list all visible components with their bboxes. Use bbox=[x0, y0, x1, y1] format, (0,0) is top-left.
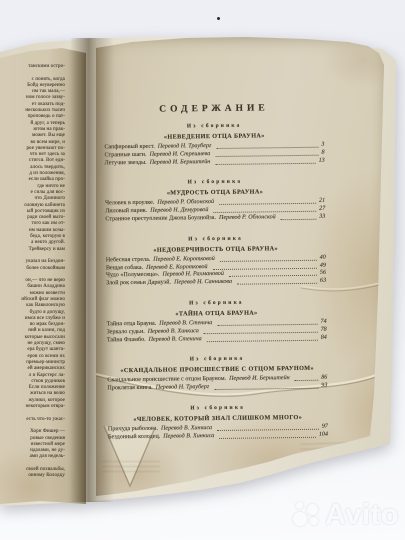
page-number: 104 bbox=[319, 431, 328, 439]
faint-colophon-print bbox=[102, 461, 160, 474]
page-number: 40 bbox=[320, 254, 326, 262]
section-entries: Сапфировый крест. Перевод Н. Трауберг 3 … bbox=[104, 142, 324, 168]
toc-section: Из сборника «ТАЙНА ОТЦА БРАУНА» Тайна от… bbox=[106, 299, 327, 345]
contents-sections: Из сборника «НЕВЕДЕНИЕ ОТЦА БРАУНА» Сапф… bbox=[104, 122, 328, 442]
story-title: Летучие звезды. bbox=[105, 159, 147, 167]
dot-leader bbox=[214, 388, 318, 390]
page-number: 84 bbox=[321, 334, 327, 342]
section-title: «СКАНДАЛЬНОЕ ПРОИСШЕСТВИЕ С ОТЦОМ БРАУНО… bbox=[107, 365, 327, 375]
dust-speck bbox=[217, 17, 220, 20]
dot-leader bbox=[216, 147, 318, 149]
dot-leader bbox=[213, 211, 316, 213]
table-of-contents: СОДЕРЖАНИЕ Из сборника «НЕВЕДЕНИЕ ОТЦА Б… bbox=[104, 103, 328, 442]
dot-leader bbox=[213, 267, 317, 269]
dot-leader bbox=[220, 260, 317, 262]
story-title: Бездонный колодец. bbox=[108, 433, 160, 441]
section-prefix: Из сборника bbox=[106, 299, 326, 308]
section-title: «ЧЕЛОВЕК, КОТОРЫЙ ЗНАЛ СЛИШКОМ МНОГО» bbox=[108, 414, 328, 424]
contents-page: СОДЕРЖАНИЕ Из сборника «НЕВЕДЕНИЕ ОТЦА Б… bbox=[96, 34, 384, 500]
story-title: Злой рок семьи Дарнуэй. bbox=[106, 280, 171, 289]
dot-leader bbox=[215, 162, 315, 164]
page-number: 33 bbox=[319, 214, 325, 222]
section-entries: Человек в проулке. Перевод Р. Облонской … bbox=[105, 198, 325, 224]
section-entries: Причуда рыболова. Перевод В. Хинкиса 97 … bbox=[108, 424, 328, 442]
toc-section: Из сборника «ЧЕЛОВЕК, КОТОРЫЙ ЗНАЛ СЛИШК… bbox=[108, 404, 328, 442]
toc-section: Из сборника «СКАНДАЛЬНОЕ ПРОИСШЕСТВИЕ С … bbox=[107, 355, 327, 393]
dot-leader bbox=[207, 339, 318, 341]
left-page-line: онному Колодцу bbox=[0, 473, 65, 479]
toc-section: Из сборника «НЕВЕДЕНИЕ ОТЦА БРАУНА» Сапф… bbox=[104, 122, 325, 168]
page-number: 63 bbox=[320, 278, 326, 286]
section-title: «МУДРОСТЬ ОТЦА БРАУНА» bbox=[105, 188, 325, 198]
section-prefix: Из сборника bbox=[106, 234, 326, 243]
page-number: 74 bbox=[320, 319, 326, 327]
translator: Перевод В. Стенича bbox=[149, 336, 202, 344]
page-number: 27 bbox=[319, 206, 325, 214]
toc-entry: Проклятая книга. Перевод Н. Трауберг 93 bbox=[107, 383, 327, 393]
page-number: 93 bbox=[321, 383, 327, 391]
toc-entry: Бездонный колодец. Перевод В. Хинкиса 10… bbox=[108, 431, 328, 441]
dot-leader bbox=[219, 437, 316, 439]
toc-entry: Тайна Фламбо. Перевод В. Стенича 84 bbox=[107, 334, 327, 344]
section-title: «ТАЙНА ОТЦА БРАУНА» bbox=[106, 309, 326, 319]
section-prefix: Из сборника bbox=[105, 178, 325, 187]
section-title: «НЕДОВЕРЧИВОСТЬ ОТЦА БРАУНА» bbox=[106, 244, 326, 254]
translator: Перевод Н. Трауберг bbox=[156, 384, 210, 392]
contents-heading: СОДЕРЖАНИЕ bbox=[104, 103, 324, 116]
section-entries: Небесная стрела. Перевод Е. Коротковой 4… bbox=[106, 254, 326, 288]
story-title: Странное преступление Джона Боулнойза. bbox=[105, 215, 216, 224]
toc-entry: Летучие звезды. Перевод И. Бернштейн 13 bbox=[105, 157, 325, 167]
open-book: танскими остро- с понять, когдаБойд неув… bbox=[0, 34, 398, 506]
page-number: 13 bbox=[319, 157, 325, 165]
section-prefix: Из сборника bbox=[107, 355, 327, 364]
avito-watermark: Avito bbox=[293, 499, 399, 532]
page-number: 78 bbox=[321, 326, 327, 334]
section-prefix: Из сборника bbox=[104, 122, 324, 131]
section-title: «НЕВЕДЕНИЕ ОТЦА БРАУНА» bbox=[104, 132, 324, 142]
dot-leader bbox=[281, 219, 317, 220]
dot-leader bbox=[295, 380, 319, 381]
story-title: Тайна Фламбо. bbox=[107, 336, 146, 344]
section-entries: Скандальное происшествие с отцом Брауном… bbox=[107, 375, 327, 393]
section-prefix: Из сборника bbox=[108, 404, 328, 413]
section-entries: Тайна отца Брауна. Перевод В. Стенича 74… bbox=[107, 319, 327, 345]
toc-entry: Странное преступление Джона Боулнойза. П… bbox=[105, 214, 325, 224]
translator: Перевод И. Бернштейн bbox=[150, 159, 211, 168]
page-number: 8 bbox=[321, 149, 324, 157]
dot-leader bbox=[219, 203, 316, 205]
dot-leader bbox=[215, 155, 318, 157]
translator: Перевод Р. Облонской bbox=[219, 214, 276, 222]
avito-logo-icon bbox=[293, 502, 320, 529]
page-number: 3 bbox=[321, 142, 324, 150]
left-page-text: танскими остро- с понять, когдаБойд неув… bbox=[0, 64, 65, 480]
avito-watermark-label: Avito bbox=[325, 499, 399, 532]
page-number: 97 bbox=[322, 424, 328, 432]
toc-section: Из сборника «МУДРОСТЬ ОТЦА БРАУНА» Челов… bbox=[105, 178, 326, 224]
dot-leader bbox=[237, 283, 317, 285]
dot-leader bbox=[217, 324, 317, 326]
translator: Перевод И. Бернштейн bbox=[229, 375, 290, 384]
toc-section: Из сборника «НЕДОВЕРЧИВОСТЬ ОТЦА БРАУНА»… bbox=[106, 234, 327, 288]
dot-leader bbox=[217, 429, 319, 431]
translator: Перевод В. Хинкиса bbox=[163, 433, 214, 441]
toc-entry: Злой рок семьи Дарнуэй. Перевод Н. Санни… bbox=[106, 278, 326, 288]
dot-leader bbox=[229, 275, 317, 277]
book-photo: танскими остро- с понять, когдаБойд неув… bbox=[0, 0, 405, 540]
translator: Перевод Н. Санникова bbox=[174, 279, 232, 288]
story-title: Проклятая книга. bbox=[107, 385, 152, 393]
left-page: танскими остро- с понять, когдаБойд неув… bbox=[0, 46, 86, 504]
